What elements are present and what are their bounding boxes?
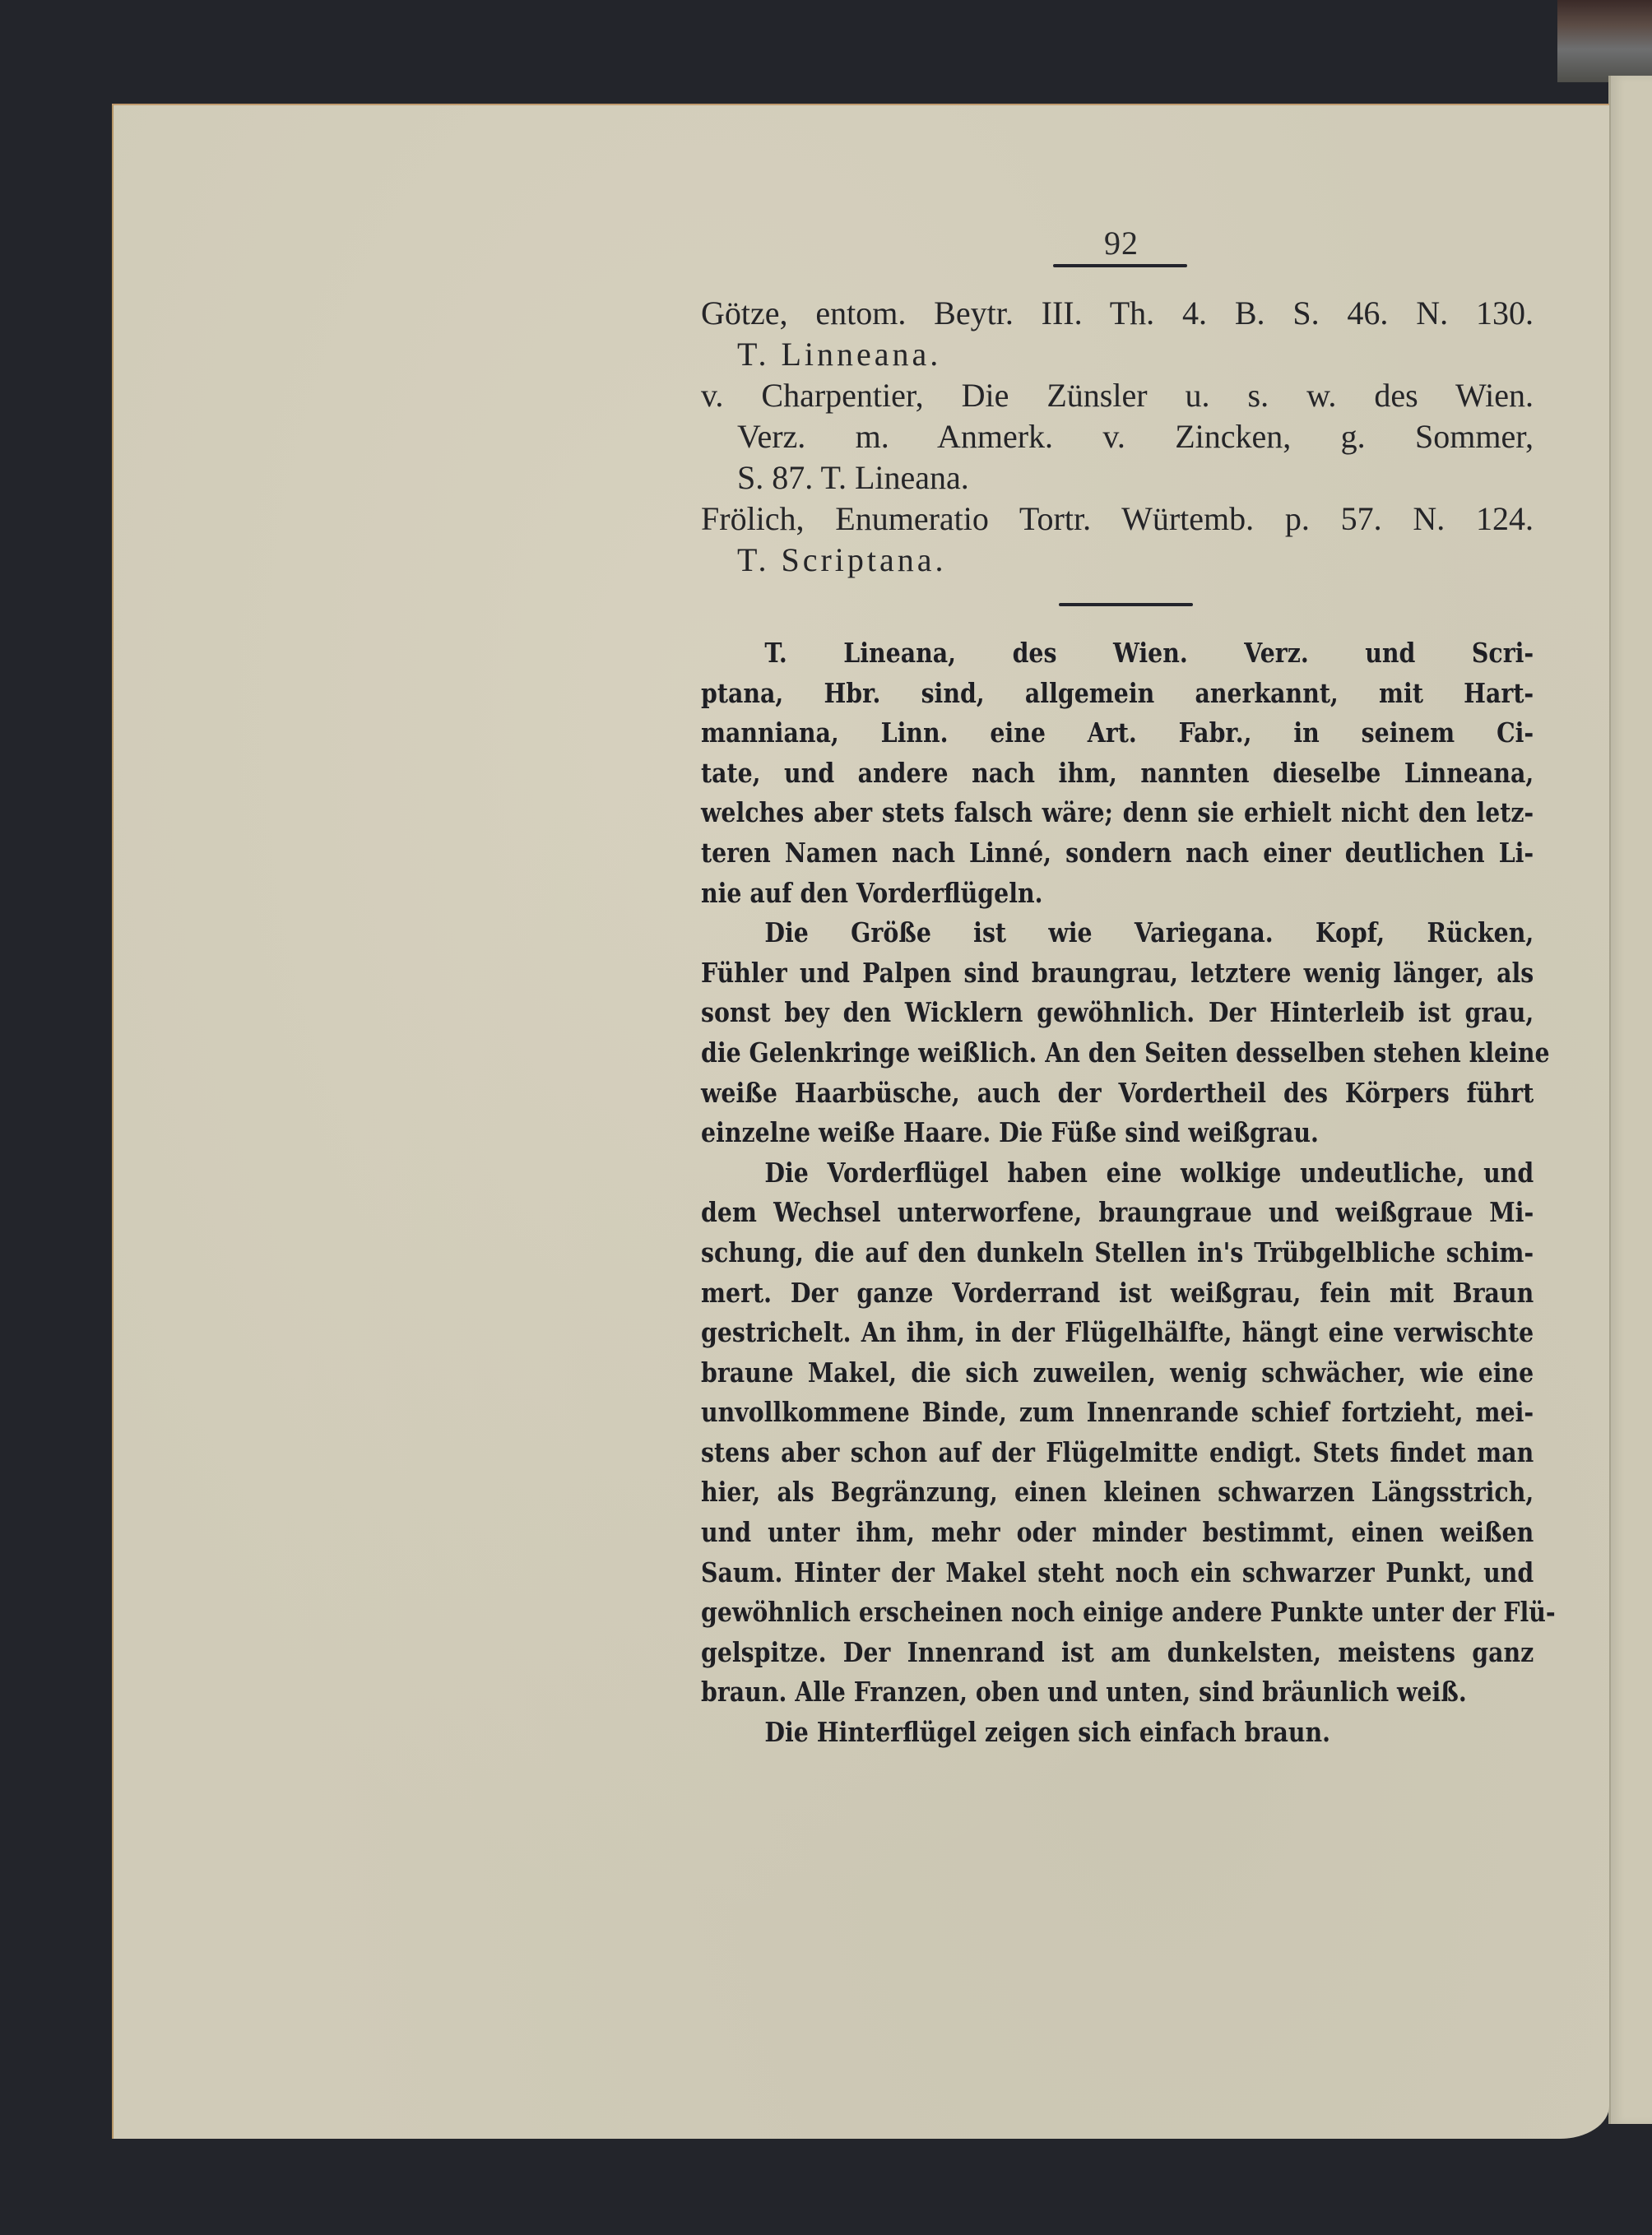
description-text: T. Lineana, des Wien. Verz. und Scri- pt… xyxy=(701,633,1534,1753)
text-line: welches aber stets falsch wäre; denn sie… xyxy=(701,793,1534,833)
text-line: braune Makel, die sich zuweilen, wenig s… xyxy=(701,1353,1534,1393)
text-line: schung, die auf den dunkeln Stellen in's… xyxy=(701,1233,1534,1273)
text-line: nie auf den Vorderflügeln. xyxy=(701,874,1534,914)
text-line: ptana, Hbr. sind, allgemein anerkannt, m… xyxy=(701,674,1534,714)
text-line: braun. Alle Franzen, oben und unten, sin… xyxy=(701,1672,1534,1713)
text-line: gelspitze. Der Innenrand ist am dunkelst… xyxy=(701,1633,1534,1673)
text-line: sonst bey den Wicklern gewöhnlich. Der H… xyxy=(701,993,1534,1033)
reference-line: T. Scriptana. xyxy=(701,540,1534,581)
text-line: die Gelenkringe weißlich. An den Seiten … xyxy=(701,1033,1534,1073)
synonymy-references: Götze, entom. Beytr. III. Th. 4. B. S. 4… xyxy=(701,293,1534,581)
text-line: hier, als Begränzung, einen kleinen schw… xyxy=(701,1472,1534,1513)
reference-line: T. Linneana. xyxy=(701,334,1534,375)
section-separator xyxy=(1059,603,1193,606)
reference-line: v. Charpentier, Die Zünsler u. s. w. des… xyxy=(701,375,1534,416)
background-scan-edge xyxy=(1557,0,1652,82)
text-line: Fühler und Palpen sind braungrau, letzte… xyxy=(701,953,1534,994)
text-line: und unter ihm, mehr oder minder bestimmt… xyxy=(701,1513,1534,1553)
text-line: teren Namen nach Linné, sondern nach ein… xyxy=(701,833,1534,874)
text-line: manniana, Linn. eine Art. Fabr., in sein… xyxy=(701,713,1534,754)
reference-line: Frölich, Enumeratio Tortr. Würtemb. p. 5… xyxy=(701,498,1534,540)
text-line: dem Wechsel unterworfene, braungraue und… xyxy=(701,1193,1534,1233)
text-line: gewöhnlich erscheinen noch einige andere… xyxy=(701,1593,1534,1633)
text-line: tate, und andere nach ihm, nannten diese… xyxy=(701,754,1534,794)
text-line: Die Hinterflügel zeigen sich einfach bra… xyxy=(701,1713,1534,1753)
text-line: Saum. Hinter der Makel steht noch ein sc… xyxy=(701,1553,1534,1593)
page-number: 92 xyxy=(1084,224,1158,262)
text-line: mert. Der ganze Vorderrand ist weißgrau,… xyxy=(701,1273,1534,1314)
text-line: Die Größe ist wie Variegana. Kopf, Rücke… xyxy=(701,913,1534,953)
next-page-edge xyxy=(1608,76,1652,2124)
text-line: gestrichelt. An ihm, in der Flügelhälfte… xyxy=(701,1313,1534,1353)
text-line: Die Vorderflügel haben eine wolkige unde… xyxy=(701,1153,1534,1194)
reference-line: Götze, entom. Beytr. III. Th. 4. B. S. 4… xyxy=(701,293,1534,334)
reference-line: Verz. m. Anmerk. v. Zincken, g. Sommer, xyxy=(701,416,1534,457)
header-rule xyxy=(1053,264,1187,267)
text-line: weiße Haarbüsche, auch der Vordertheil d… xyxy=(701,1073,1534,1114)
text-line: einzelne weiße Haare. Die Füße sind weiß… xyxy=(701,1113,1534,1153)
reference-line: S. 87. T. Lineana. xyxy=(701,457,1534,498)
text-line: T. Lineana, des Wien. Verz. und Scri- xyxy=(701,633,1534,674)
text-line: unvollkommene Binde, zum Innenrande schi… xyxy=(701,1393,1534,1433)
text-line: stens aber schon auf der Flügelmitte end… xyxy=(701,1433,1534,1473)
